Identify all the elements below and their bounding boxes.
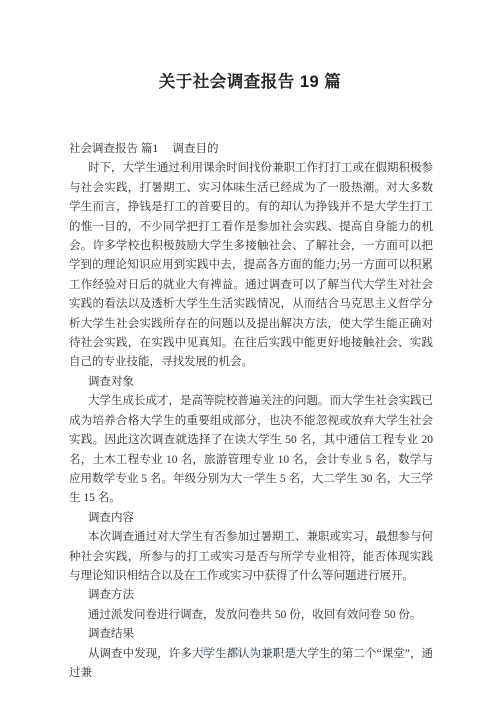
section-heading: 调查对象	[69, 373, 433, 392]
section-label: 社会调查报告 篇1 调查目的	[69, 140, 433, 159]
paragraph: 通过派发问卷进行调查，发放问卷共 50 份，收回有效问卷 50 份。	[69, 606, 433, 625]
section-heading: 调查结果	[69, 625, 433, 644]
paragraph: 时下，大学生通过利用课余时间找份兼职工作打打工或在假期积极参与社会实践，打暑期工…	[69, 159, 433, 372]
section-heading: 调查内容	[69, 509, 433, 528]
section-heading: 调查方法	[69, 586, 433, 605]
page-number-footer: 第 1 页 共 49 页	[0, 646, 500, 660]
paragraph: 大学生成长成才，是高等院校普遍关注的问题。而大学生社会实践已成为培养合格大学生的…	[69, 392, 433, 508]
document-title: 关于社会调查报告 19 篇	[0, 72, 500, 92]
document-page: 关于社会调查报告 19 篇 社会调查报告 篇1 调查目的时下，大学生通过利用课余…	[0, 0, 500, 707]
paragraph: 本次调查通过对大学生有否参加过暑期工、兼职或实习，最想参与何种社会实践，所参与的…	[69, 528, 433, 586]
document-body: 社会调查报告 篇1 调查目的时下，大学生通过利用课余时间找份兼职工作打打工或在假…	[69, 140, 433, 683]
